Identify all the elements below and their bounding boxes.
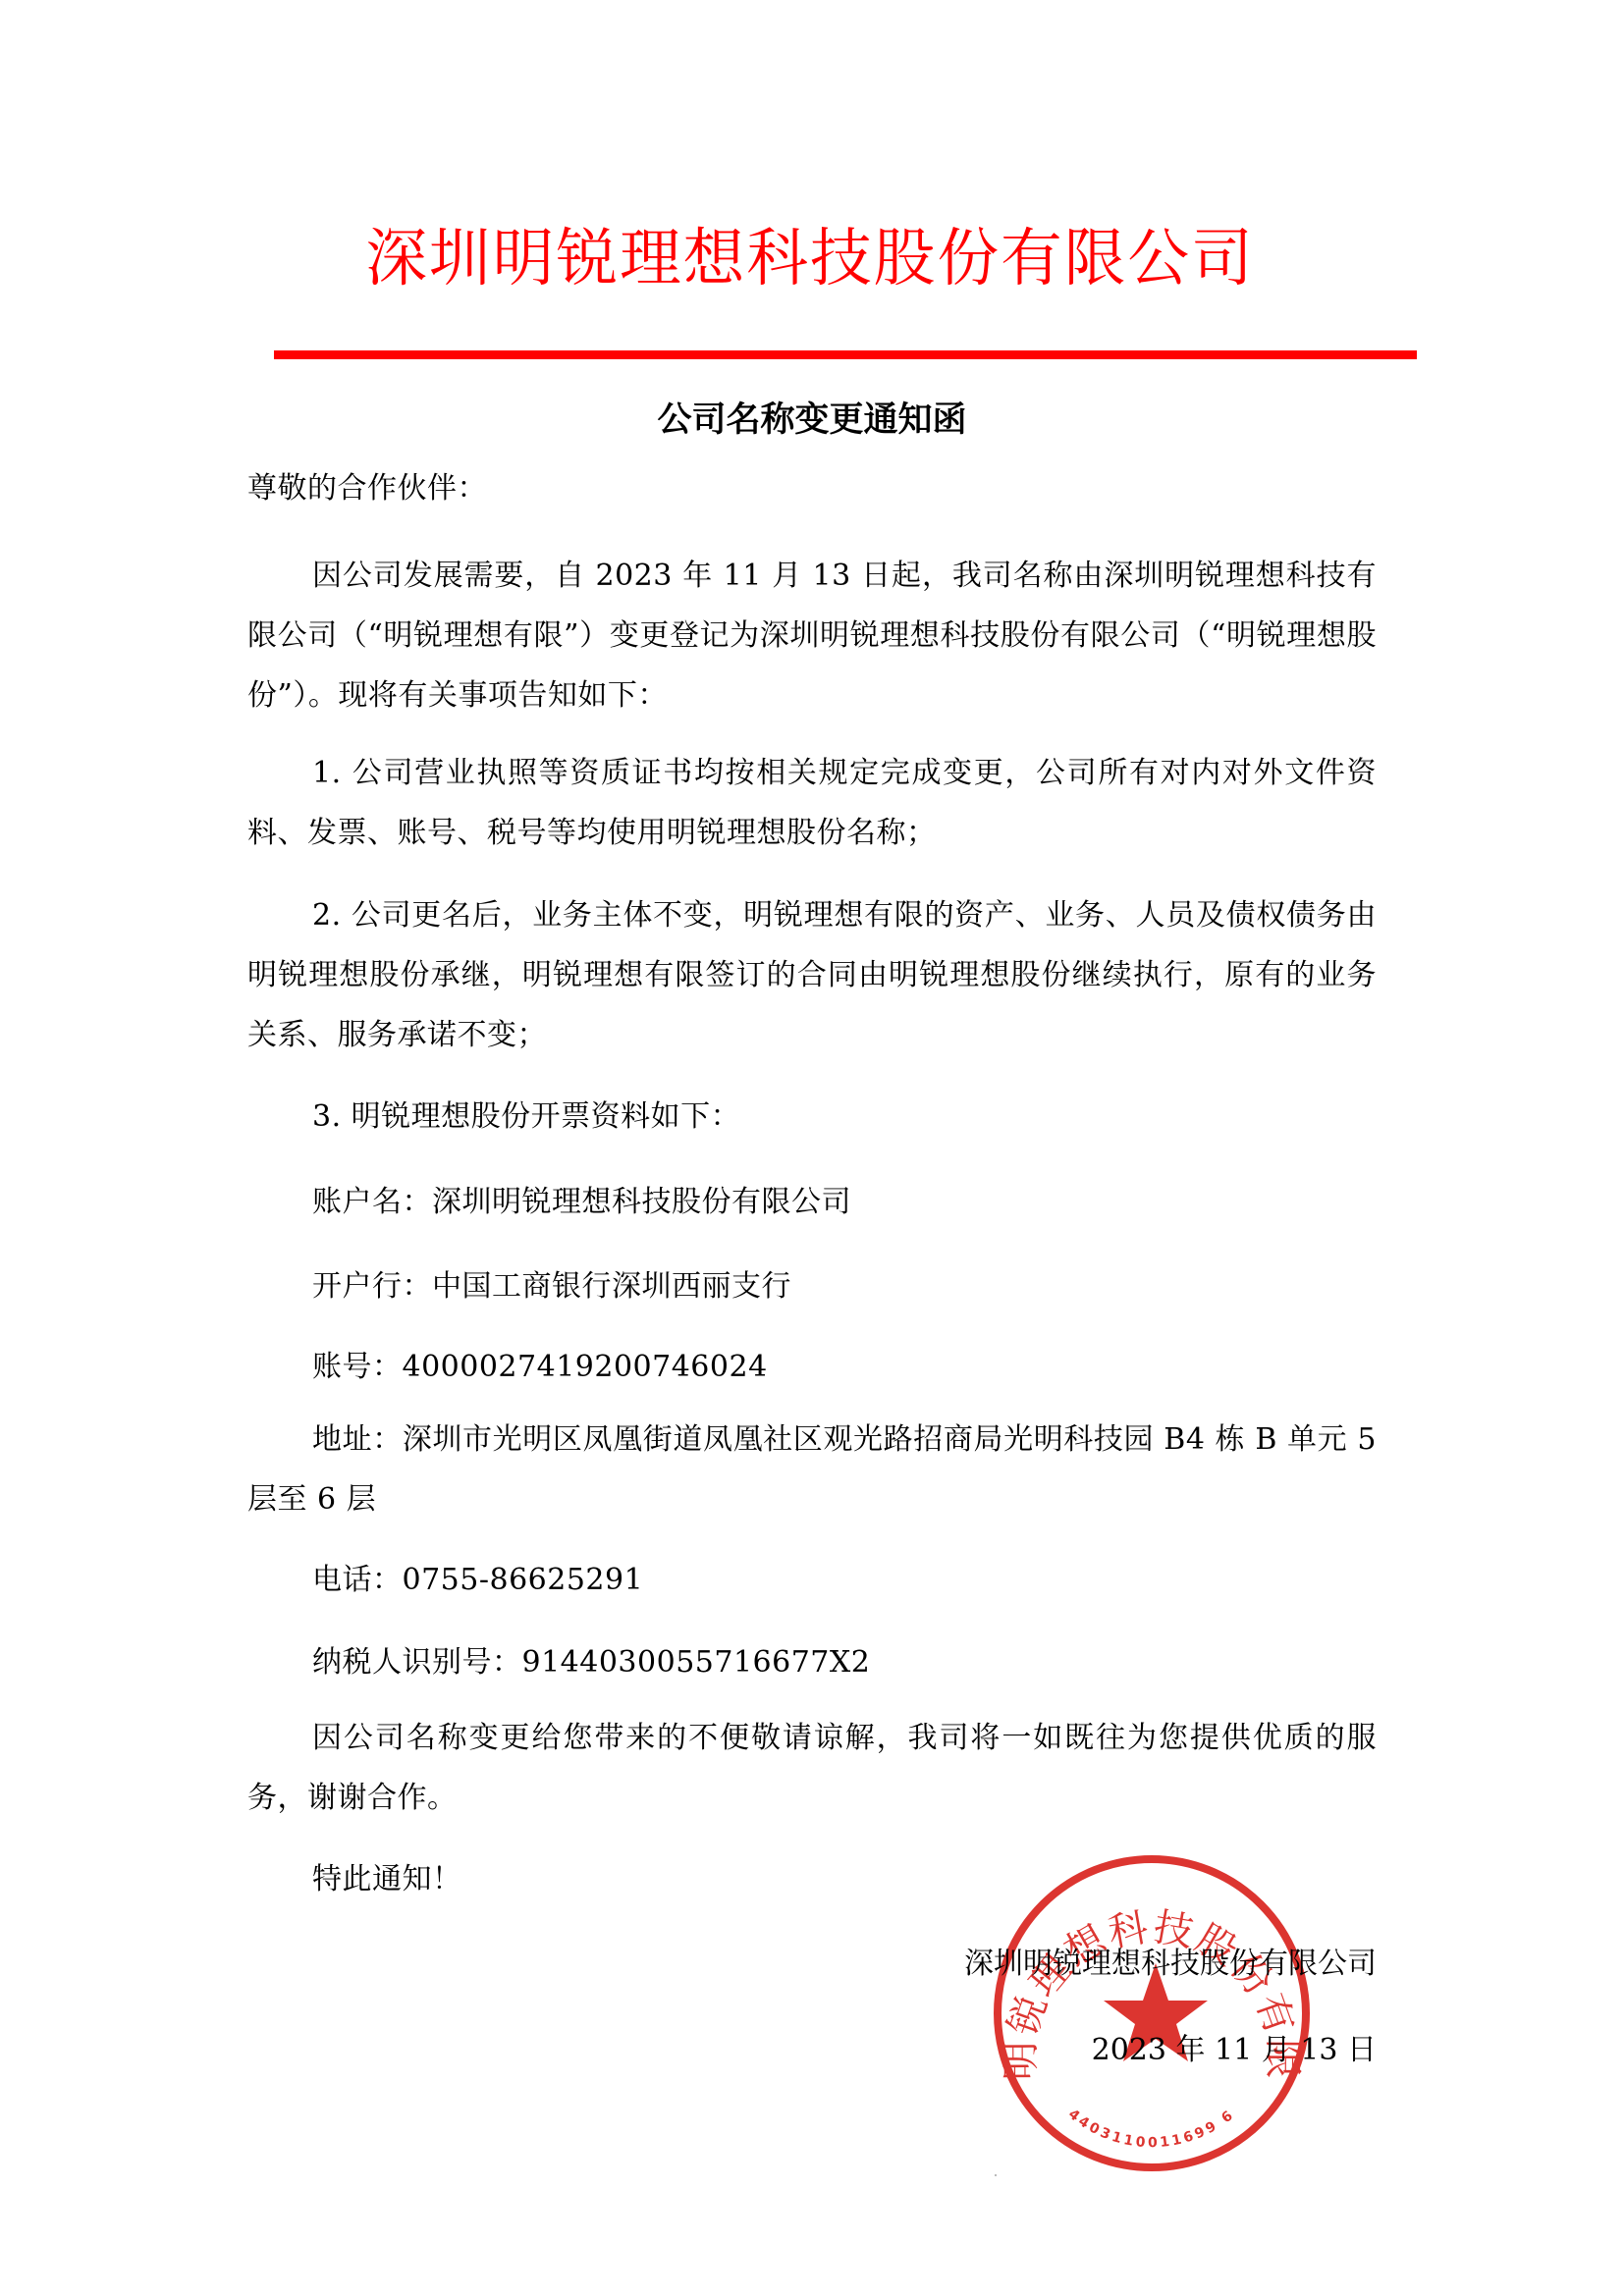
- greeting: 尊敬的合作伙伴：: [247, 458, 1377, 518]
- item-3: 3. 明锐理想股份开票资料如下：: [247, 1087, 1377, 1147]
- billing-tax-id: 纳税人识别号：9144030055716677X2: [312, 1632, 1377, 1692]
- letterhead-divider: [274, 350, 1417, 359]
- letter-page: 深圳明锐理想科技股份有限公司 公司名称变更通知函 尊敬的合作伙伴： 因公司发展需…: [0, 0, 1624, 2296]
- document-title: 公司名称变更通知函: [589, 393, 1035, 448]
- scan-artifact: [995, 2174, 997, 2176]
- billing-address: 地址：深圳市光明区凤凰街道凤凰社区观光路招商局光明科技园 B4 栋 B 单元 5…: [247, 1410, 1377, 1529]
- letterhead-text: 深圳明锐理想科技股份有限公司: [365, 220, 1255, 298]
- item-1: 1. 公司营业执照等资质证书均按相关规定完成变更，公司所有对内对外文件资料、发票…: [247, 743, 1377, 863]
- letterhead-company-name: 深圳明锐理想科技股份有限公司: [352, 220, 1269, 298]
- intro-paragraph: 因公司发展需要，自 2023 年 11 月 13 日起，我司名称由深圳明锐理想科…: [247, 546, 1377, 725]
- signature-date: 2023 年 11 月 13 日: [1092, 2020, 1377, 2080]
- notice-line: 特此通知！: [312, 1849, 1377, 1909]
- billing-account-name: 账户名：深圳明锐理想科技股份有限公司: [312, 1172, 1377, 1232]
- billing-account-number: 账号：4000027419200746024: [312, 1337, 1377, 1397]
- billing-bank: 开户行：中国工商银行深圳西丽支行: [312, 1256, 1377, 1316]
- item-2: 2. 公司更名后，业务主体不变，明锐理想有限的资产、业务、人员及债权债务由明锐理…: [247, 885, 1377, 1065]
- svg-text:4403110011699 6: 4403110011699 6: [1065, 2107, 1238, 2151]
- billing-phone: 电话：0755-86625291: [312, 1550, 1377, 1610]
- closing-paragraph: 因公司名称变更给您带来的不便敬请谅解，我司将一如既往为您提供优质的服务，谢谢合作…: [247, 1708, 1377, 1828]
- signature-company: 深圳明锐理想科技股份有限公司: [964, 1934, 1377, 1994]
